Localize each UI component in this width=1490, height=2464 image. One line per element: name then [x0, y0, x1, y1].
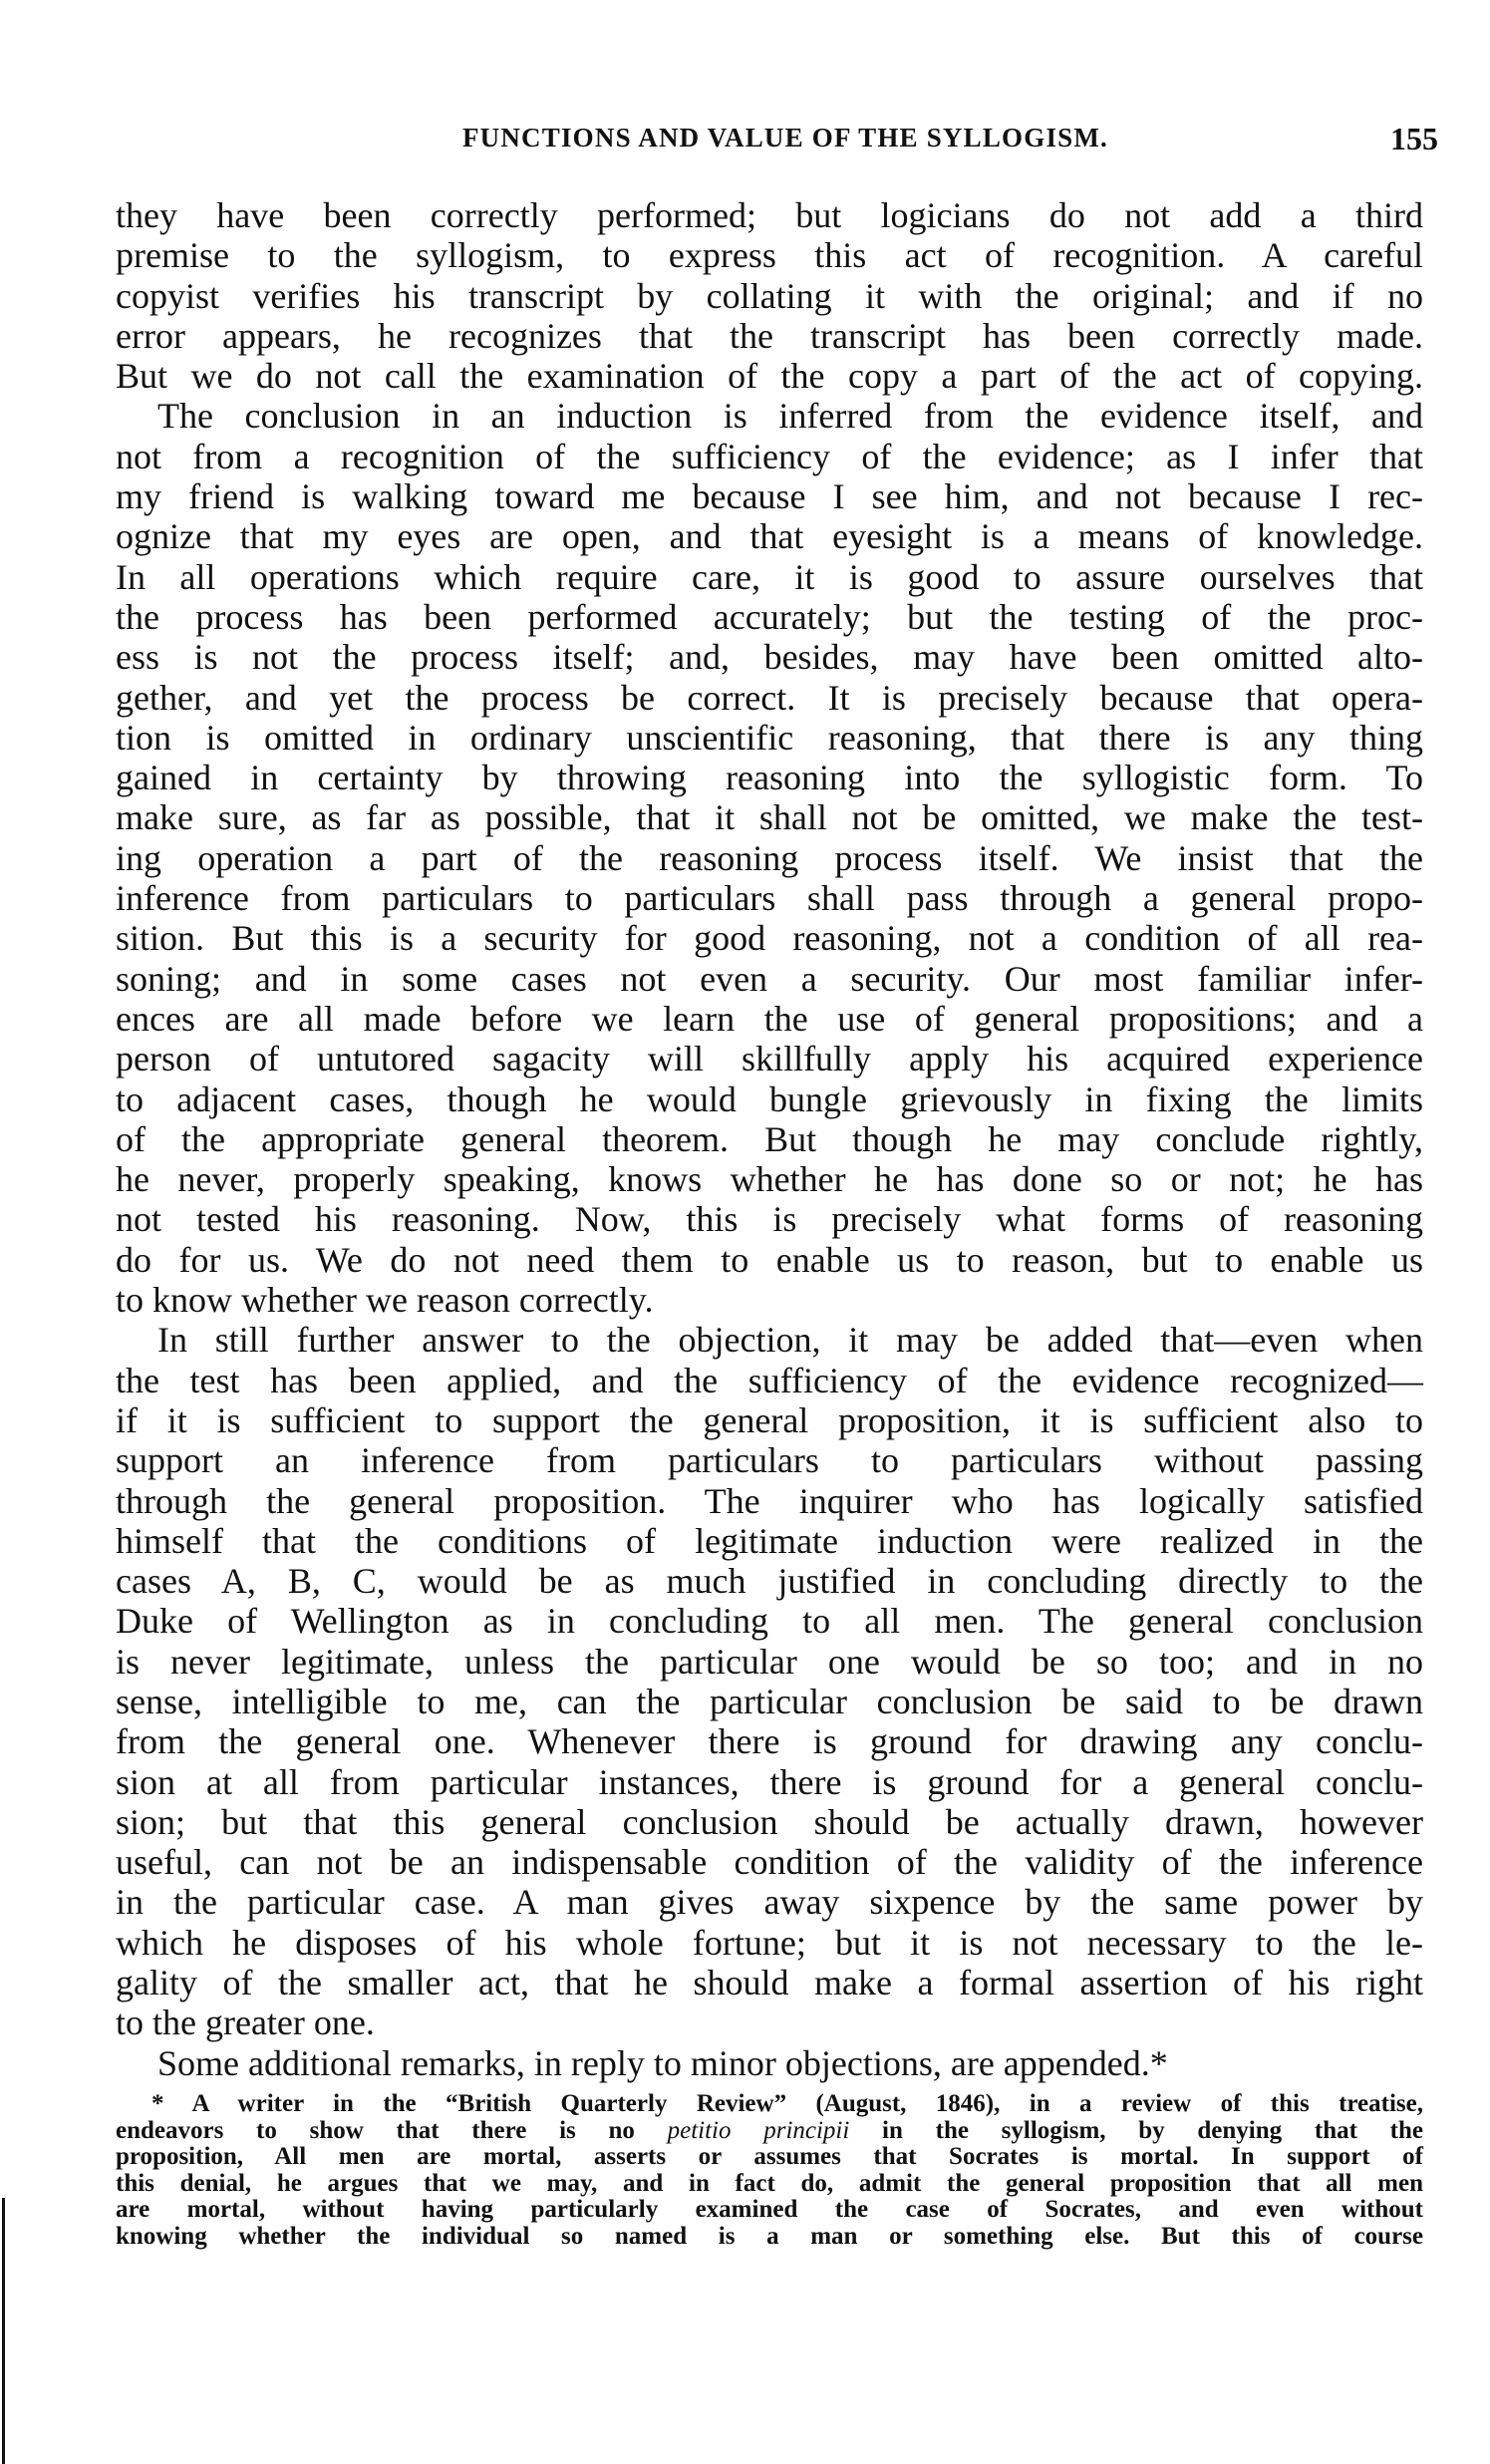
text-line: the process has been performed accuratel…	[116, 597, 1423, 637]
footnote-line: endeavors to show that there is no petit…	[116, 2118, 1423, 2145]
text-line: from the general one. Whenever there is …	[116, 1721, 1423, 1761]
text-line: ognize that my eyes are open, and that e…	[116, 516, 1423, 556]
paragraph-start-line: The conclusion in an induction is inferr…	[116, 396, 1423, 436]
text-line: sition. But this is a security for good …	[116, 918, 1423, 958]
footnote-line: are mortal, without having particularly …	[116, 2197, 1423, 2224]
running-title: FUNCTIONS AND VALUE OF THE SYLLOGISM.	[357, 118, 1214, 157]
text-line: ess is not the process itself; and, besi…	[116, 637, 1423, 677]
text-line: gality of the smaller act, that he shoul…	[116, 1963, 1423, 2002]
footnote-line: this denial, he argues that we may, and …	[116, 2171, 1423, 2198]
text-line: support an inference from particulars to…	[116, 1440, 1423, 1480]
footnote: * A writer in the “British Quarterly Rev…	[116, 2091, 1423, 2250]
text-line: do for us. We do not need them to enable…	[116, 1240, 1423, 1280]
footnote-line: * A writer in the “British Quarterly Rev…	[116, 2091, 1423, 2118]
text-line: not tested his reasoning. Now, this is p…	[116, 1199, 1423, 1239]
paragraph-start-line: In still further answer to the objection…	[116, 1320, 1423, 1360]
text-line: he never, properly speaking, knows wheth…	[116, 1159, 1423, 1199]
text-line: useful, can not be an indispensable cond…	[116, 1842, 1423, 1882]
text-line: through the general proposition. The inq…	[116, 1481, 1423, 1521]
text-line: if it is sufficient to support the gener…	[116, 1400, 1423, 1440]
running-head: FUNCTIONS AND VALUE OF THE SYLLOGISM. 15…	[0, 118, 1490, 157]
footnote-reference-line: Some additional remarks, in reply to min…	[116, 2043, 1423, 2083]
text-line: premise to the syllogism, to express thi…	[116, 235, 1423, 275]
text-line: But we do not call the examination of th…	[116, 356, 1423, 396]
text-line: copyist verifies his transcript by colla…	[116, 276, 1423, 316]
text-line: is never legitimate, unless the particul…	[116, 1642, 1423, 1682]
text-line: sion; but that this general conclusion s…	[116, 1802, 1423, 1842]
text-line: sion at all from particular instances, t…	[116, 1762, 1423, 1802]
text-line: the test has been applied, and the suffi…	[116, 1361, 1423, 1400]
latin-term: petitio principii	[668, 2117, 850, 2144]
text-line: not from a recognition of the sufficienc…	[116, 437, 1423, 476]
text-line: gained in certainty by throwing reasonin…	[116, 758, 1423, 797]
text-line: to adjacent cases, though he would bungl…	[116, 1079, 1423, 1119]
text-line: inference from particulars to particular…	[116, 878, 1423, 918]
page-edge-shadow	[2, 2198, 5, 2464]
text-line: my friend is walking toward me because I…	[116, 476, 1423, 516]
footnote-line: proposition, All men are mortal, asserts…	[116, 2144, 1423, 2171]
text-line: tion is omitted in ordinary unscientific…	[116, 718, 1423, 758]
text-line: which he disposes of his whole fortune; …	[116, 1923, 1423, 1963]
text-line: sense, intelligible to me, can the parti…	[116, 1682, 1423, 1721]
text-line: cases A, B, C, would be as much justifie…	[116, 1561, 1423, 1601]
paragraph-end-line: to know whether we reason correctly.	[116, 1280, 1423, 1320]
text-line: in the particular case. A man gives away…	[116, 1882, 1423, 1922]
text-line: Duke of Wellington as in concluding to a…	[116, 1601, 1423, 1641]
text-line: ences are all made before we learn the u…	[116, 999, 1423, 1039]
paragraph-end-line: to the greater one.	[116, 2002, 1423, 2042]
footnote-text: endeavors to show that there is no	[116, 2117, 668, 2144]
text-line: make sure, as far as possible, that it s…	[116, 797, 1423, 837]
text-line: himself that the conditions of legitimat…	[116, 1521, 1423, 1561]
text-line: error appears, he recognizes that the tr…	[116, 316, 1423, 356]
body-text: they have been correctly performed; but …	[116, 195, 1423, 2083]
page-number: 155	[1390, 118, 1438, 159]
text-line: person of untutored sagacity will skillf…	[116, 1039, 1423, 1078]
text-line: In all operations which require care, it…	[116, 557, 1423, 597]
text-line: of the appropriate general theorem. But …	[116, 1119, 1423, 1159]
text-line: ing operation a part of the reasoning pr…	[116, 838, 1423, 878]
text-line: soning; and in some cases not even a sec…	[116, 959, 1423, 999]
footnote-line: knowing whether the individual so named …	[116, 2224, 1423, 2251]
footnote-text: in the syllogism, by denying that the	[849, 2117, 1423, 2144]
text-line: gether, and yet the process be correct. …	[116, 678, 1423, 718]
text-line: they have been correctly performed; but …	[116, 195, 1423, 235]
